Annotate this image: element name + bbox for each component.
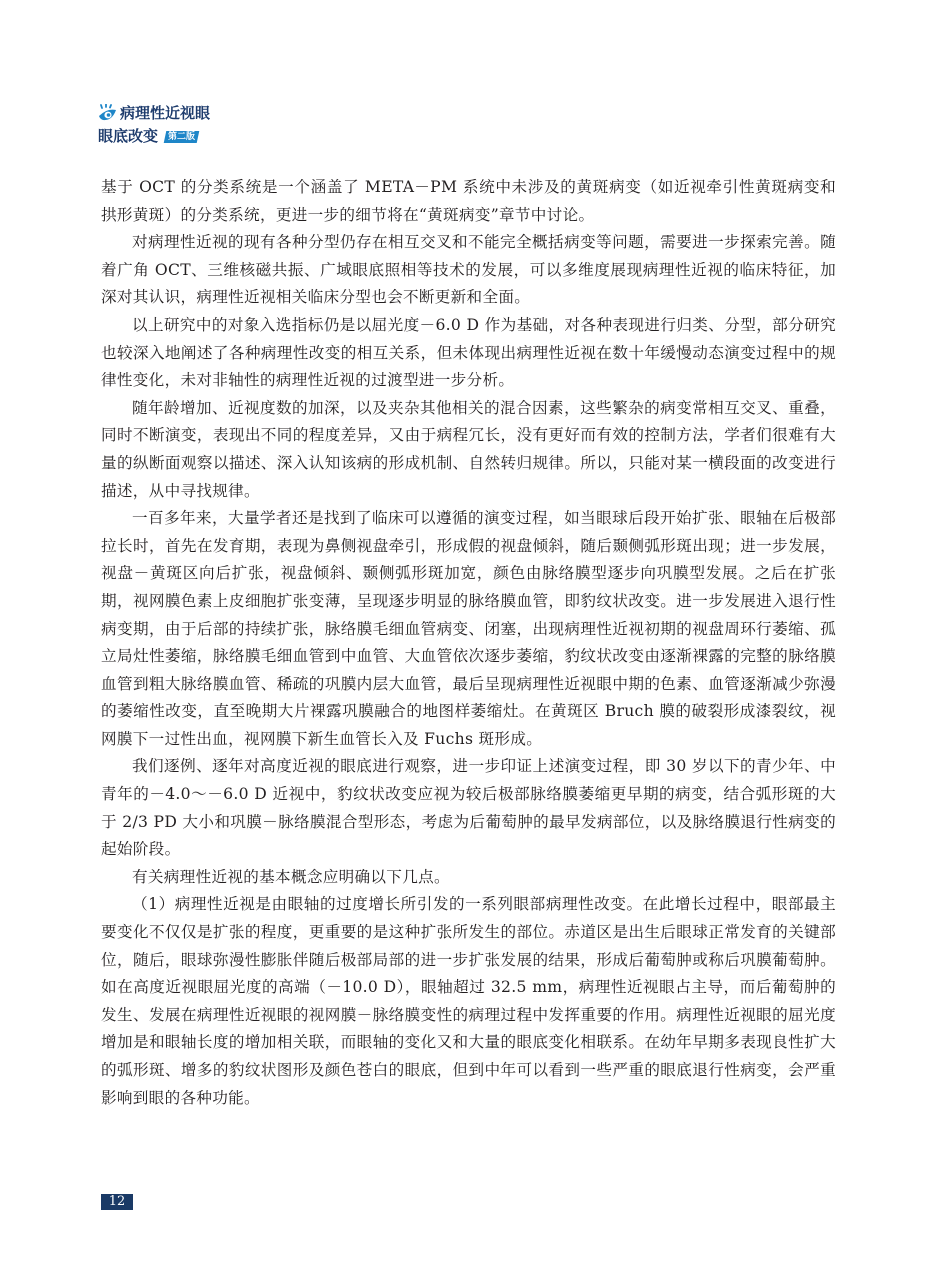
paragraph: 基于 OCT 的分类系统是一个涵盖了 META－PM 系统中未涉及的黄斑病变（如… [101, 174, 836, 229]
edition-label: 第二版 [168, 131, 195, 143]
eye-icon [98, 104, 118, 122]
paragraph: 我们逐例、逐年对高度近视的眼底进行观察，进一步印证上述演变过程，即 30 岁以下… [101, 753, 836, 863]
page-number: 12 [101, 1194, 133, 1210]
paragraph: 随年龄增加、近视度数的加深，以及夹杂其他相关的混合因素，这些繁杂的病变常相互交叉… [101, 395, 836, 505]
body-text: 基于 OCT 的分类系统是一个涵盖了 META－PM 系统中未涉及的黄斑病变（如… [101, 174, 836, 1112]
edition-badge: 第二版 [164, 131, 200, 143]
running-header: 病理性近视眼 眼底改变 第二版 [98, 103, 298, 153]
paragraph: 对病理性近视的现有各种分型仍存在相互交叉和不能完全概括病变等问题，需要进一步探索… [101, 229, 836, 312]
header-subtitle-row: 眼底改变 第二版 [98, 126, 298, 146]
book-subtitle: 眼底改变 [98, 126, 158, 146]
paragraph: 以上研究中的对象入选指标仍是以屈光度－6.0 D 作为基础，对各种表现进行归类、… [101, 312, 836, 395]
paragraph: 有关病理性近视的基本概念应明确以下几点。 [101, 864, 836, 892]
paragraph: 一百多年来，大量学者还是找到了临床可以遵循的演变过程，如当眼球后段开始扩张、眼轴… [101, 505, 836, 753]
header-title-row: 病理性近视眼 [98, 103, 298, 123]
book-title: 病理性近视眼 [120, 103, 210, 123]
paragraph: （1）病理性近视是由眼轴的过度增长所引发的一系列眼部病理性改变。在此增长过程中，… [101, 891, 836, 1112]
